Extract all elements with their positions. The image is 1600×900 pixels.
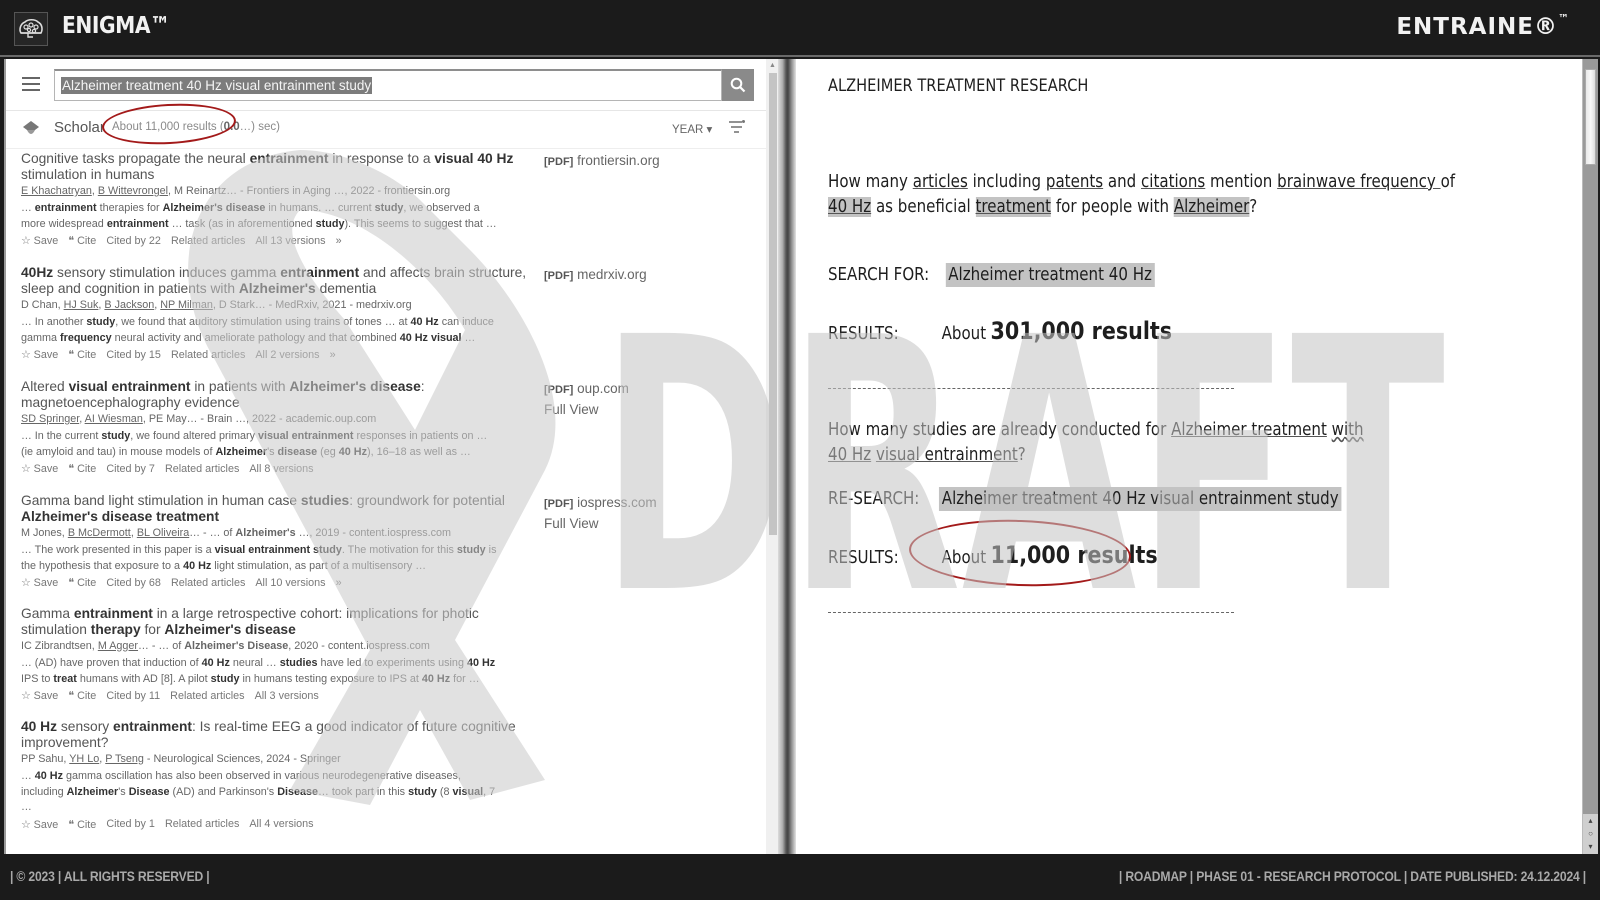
save-button[interactable]: ☆ Save: [21, 234, 58, 247]
result-snippet: … 40 Hz gamma oscillation has also been …: [21, 769, 501, 816]
research-label: RE-SEARCH:: [828, 489, 919, 509]
search-for-row: SEARCH FOR: Alzheimer treatment 40 Hz: [828, 265, 1155, 285]
results-about-2: About: [942, 548, 987, 568]
question-2-line-2: 40 Hz visual entrainment?: [828, 443, 1364, 468]
question-2: How many studies are already conducted f…: [828, 418, 1364, 467]
search-icon: [730, 77, 746, 93]
brand-entraine: ENTRAINE®™: [1396, 14, 1570, 40]
cite-button[interactable]: ❝ Cite: [68, 818, 96, 831]
top-bar: ENIGMA™ ENTRAINE®™: [0, 0, 1600, 57]
result-actions: ☆ Save❝ CiteCited by 68Related articlesA…: [21, 576, 761, 589]
cite-button[interactable]: ❝ Cite: [68, 348, 96, 361]
full-view-link[interactable]: Full View: [544, 514, 657, 533]
versions-link[interactable]: All 13 versions: [255, 235, 325, 247]
result-authors: PP Sahu, YH Lo, P Tseng - Neurological S…: [21, 752, 761, 766]
result-snippet: … The work presented in this paper is a …: [21, 543, 501, 574]
versions-link[interactable]: All 4 versions: [249, 818, 313, 830]
right-scroll-thumb[interactable]: [1585, 69, 1596, 165]
scholar-label[interactable]: Scholar: [54, 119, 105, 136]
result-snippet: … entrainment therapies for Alzheimer's …: [21, 201, 501, 232]
results-about-1: About: [942, 324, 987, 344]
save-button[interactable]: ☆ Save: [21, 576, 58, 589]
hamburger-menu-icon[interactable]: [22, 77, 40, 91]
cited-by-link[interactable]: Cited by 15: [106, 349, 161, 361]
research-pane: ALZHEIMER TREATMENT RESEARCH How many ar…: [796, 59, 1582, 854]
cite-button[interactable]: ❝ Cite: [68, 576, 96, 589]
scholar-cap-icon[interactable]: [22, 120, 40, 138]
result-authors: D Chan, HJ Suk, B Jackson, NP Milman, D …: [21, 298, 761, 312]
related-articles-link[interactable]: Related articles: [171, 349, 245, 361]
cited-by-link[interactable]: Cited by 22: [106, 235, 161, 247]
research-title: ALZHEIMER TREATMENT RESEARCH: [828, 76, 1088, 96]
footer-roadmap-info: | ROADMAP | PHASE 01 - RESEARCH PROTOCOL…: [1119, 869, 1586, 884]
filter-settings-icon[interactable]: [728, 119, 746, 135]
search-button[interactable]: [722, 69, 754, 101]
versions-link[interactable]: All 3 versions: [255, 690, 319, 702]
result-item: Gamma entrainment in a large retrospecti…: [21, 606, 761, 702]
pdf-link[interactable]: [PDF] iospress.com: [544, 493, 657, 514]
results-row-1: RESULTS: About 301,000 results: [828, 317, 1172, 345]
scroll-up-arrow-icon[interactable]: ▲: [769, 62, 776, 69]
more-options-icon[interactable]: »: [336, 235, 342, 247]
result-actions: ☆ Save❝ CiteCited by 15Related articlesA…: [21, 348, 761, 361]
result-title-link[interactable]: Gamma band light stimulation in human ca…: [21, 493, 529, 524]
search-query-text[interactable]: Alzheimer treatment 40 Hz visual entrain…: [61, 77, 372, 94]
result-actions: ☆ Save❝ CiteCited by 11Related articlesA…: [21, 689, 761, 702]
cited-by-link[interactable]: Cited by 68: [106, 577, 161, 589]
search-for-value: Alzheimer treatment 40 Hz: [946, 263, 1155, 287]
pdf-link[interactable]: [PDF] medrxiv.org: [544, 265, 647, 286]
cited-by-link[interactable]: Cited by 1: [106, 818, 155, 830]
result-actions: ☆ Save❝ CiteCited by 22Related articlesA…: [21, 234, 761, 247]
left-scroll-thumb[interactable]: [769, 73, 777, 535]
versions-link[interactable]: All 10 versions: [255, 577, 325, 589]
save-button[interactable]: ☆ Save: [21, 818, 58, 831]
cited-by-link[interactable]: Cited by 7: [106, 463, 155, 475]
result-authors: E Khachatryan, B Wittevrongel, M Reinart…: [21, 184, 761, 198]
result-item: Gamma band light stimulation in human ca…: [21, 493, 761, 589]
more-options-icon[interactable]: »: [330, 349, 336, 361]
pdf-link[interactable]: [PDF] oup.com: [544, 379, 629, 400]
related-articles-link[interactable]: Related articles: [171, 577, 245, 589]
result-item: 40Hz sensory stimulation induces gamma e…: [21, 265, 761, 361]
question-2-line-1: How many studies are already conducted f…: [828, 418, 1364, 443]
pdf-link[interactable]: [PDF] frontiersin.org: [544, 151, 660, 172]
cite-button[interactable]: ❝ Cite: [68, 234, 96, 247]
results-row-2: RESULTS: About 11,000 results: [828, 541, 1158, 569]
pdf-link-block: [PDF] medrxiv.org: [544, 265, 647, 286]
question-1: How many articles including patents and …: [828, 170, 1455, 219]
result-item: 40 Hz sensory entrainment: Is real-time …: [21, 719, 761, 831]
results-count-2: 11,000 results: [990, 541, 1157, 569]
separator-2: [828, 612, 1234, 613]
question-1-line-2: 40 Hz as beneficial treatment for people…: [828, 195, 1455, 220]
related-articles-link[interactable]: Related articles: [165, 818, 239, 830]
search-for-label: SEARCH FOR:: [828, 265, 929, 285]
cite-button[interactable]: ❝ Cite: [68, 462, 96, 475]
brain-logo-icon: [14, 12, 48, 46]
brand-enigma: ENIGMA™: [62, 13, 170, 39]
result-authors: SD Springer, AI Wiesman, PE May… - Brain…: [21, 412, 761, 426]
full-view-link[interactable]: Full View: [544, 400, 629, 419]
search-input[interactable]: Alzheimer treatment 40 Hz visual entrain…: [54, 69, 722, 101]
result-item: Cognitive tasks propagate the neural ent…: [21, 151, 761, 247]
question-1-line-1: How many articles including patents and …: [828, 170, 1455, 195]
scholar-toolbar: Scholar About 11,000 results (0.0…) sec)…: [6, 111, 776, 149]
result-actions: ☆ Save❝ CiteCited by 7Related articlesAl…: [21, 462, 761, 475]
related-articles-link[interactable]: Related articles: [165, 463, 239, 475]
more-options-icon[interactable]: »: [336, 577, 342, 589]
right-scrollbar[interactable]: ▴○▾: [1582, 59, 1598, 854]
related-articles-link[interactable]: Related articles: [171, 235, 245, 247]
result-title-link[interactable]: 40 Hz sensory entrainment: Is real-time …: [21, 719, 529, 750]
save-button[interactable]: ☆ Save: [21, 348, 58, 361]
versions-link[interactable]: All 2 versions: [255, 349, 319, 361]
results-label-1: RESULTS:: [828, 324, 937, 344]
results-count-1: 301,000 results: [990, 317, 1172, 345]
save-button[interactable]: ☆ Save: [21, 689, 58, 702]
result-title-link[interactable]: Cognitive tasks propagate the neural ent…: [21, 151, 529, 182]
separator-1: [828, 388, 1234, 389]
research-value: Alzheimer treatment 40 Hz visual entrain…: [939, 487, 1341, 511]
results-label-2: RESULTS:: [828, 548, 937, 568]
results-count: About 11,000 results (0.0…) sec): [112, 121, 280, 133]
cited-by-link[interactable]: Cited by 11: [106, 690, 160, 702]
scholar-pane: Alzheimer treatment 40 Hz visual entrain…: [4, 59, 778, 854]
cite-button[interactable]: ❝ Cite: [68, 689, 96, 702]
pdf-link-block: [PDF] oup.comFull View: [544, 379, 629, 419]
pane-divider[interactable]: [778, 59, 796, 854]
result-snippet: … (AD) have proven that induction of 40 …: [21, 656, 501, 687]
result-title-link[interactable]: Altered visual entrainment in patients w…: [21, 379, 529, 410]
result-actions: ☆ Save❝ CiteCited by 1Related articlesAl…: [21, 818, 761, 831]
result-title-link[interactable]: 40Hz sensory stimulation induces gamma e…: [21, 265, 529, 296]
footer-copyright: | © 2023 | ALL RIGHTS RESERVED |: [10, 869, 210, 884]
versions-link[interactable]: All 8 versions: [249, 463, 313, 475]
search-row: Alzheimer treatment 40 Hz visual entrain…: [6, 59, 776, 111]
result-authors: IC Zibrandtsen, M Agger… - … of Alzheime…: [21, 639, 761, 653]
save-button[interactable]: ☆ Save: [21, 462, 58, 475]
result-item: Altered visual entrainment in patients w…: [21, 379, 761, 475]
result-snippet: … In the current study, we found altered…: [21, 429, 501, 460]
pdf-link-block: [PDF] iospress.comFull View: [544, 493, 657, 533]
related-articles-link[interactable]: Related articles: [170, 690, 244, 702]
scroll-nav-buttons[interactable]: ▴○▾: [1583, 814, 1598, 854]
left-scrollbar[interactable]: ▲: [766, 59, 778, 854]
footer: | © 2023 | ALL RIGHTS RESERVED | | ROADM…: [0, 855, 1600, 900]
result-title-link[interactable]: Gamma entrainment in a large retrospecti…: [21, 606, 529, 637]
pdf-link-block: [PDF] frontiersin.org: [544, 151, 660, 172]
result-snippet: … In another study, we found that audito…: [21, 315, 501, 346]
year-filter-dropdown[interactable]: YEAR ▾: [672, 122, 712, 136]
research-row: RE-SEARCH: Alzheimer treatment 40 Hz vis…: [828, 489, 1341, 509]
